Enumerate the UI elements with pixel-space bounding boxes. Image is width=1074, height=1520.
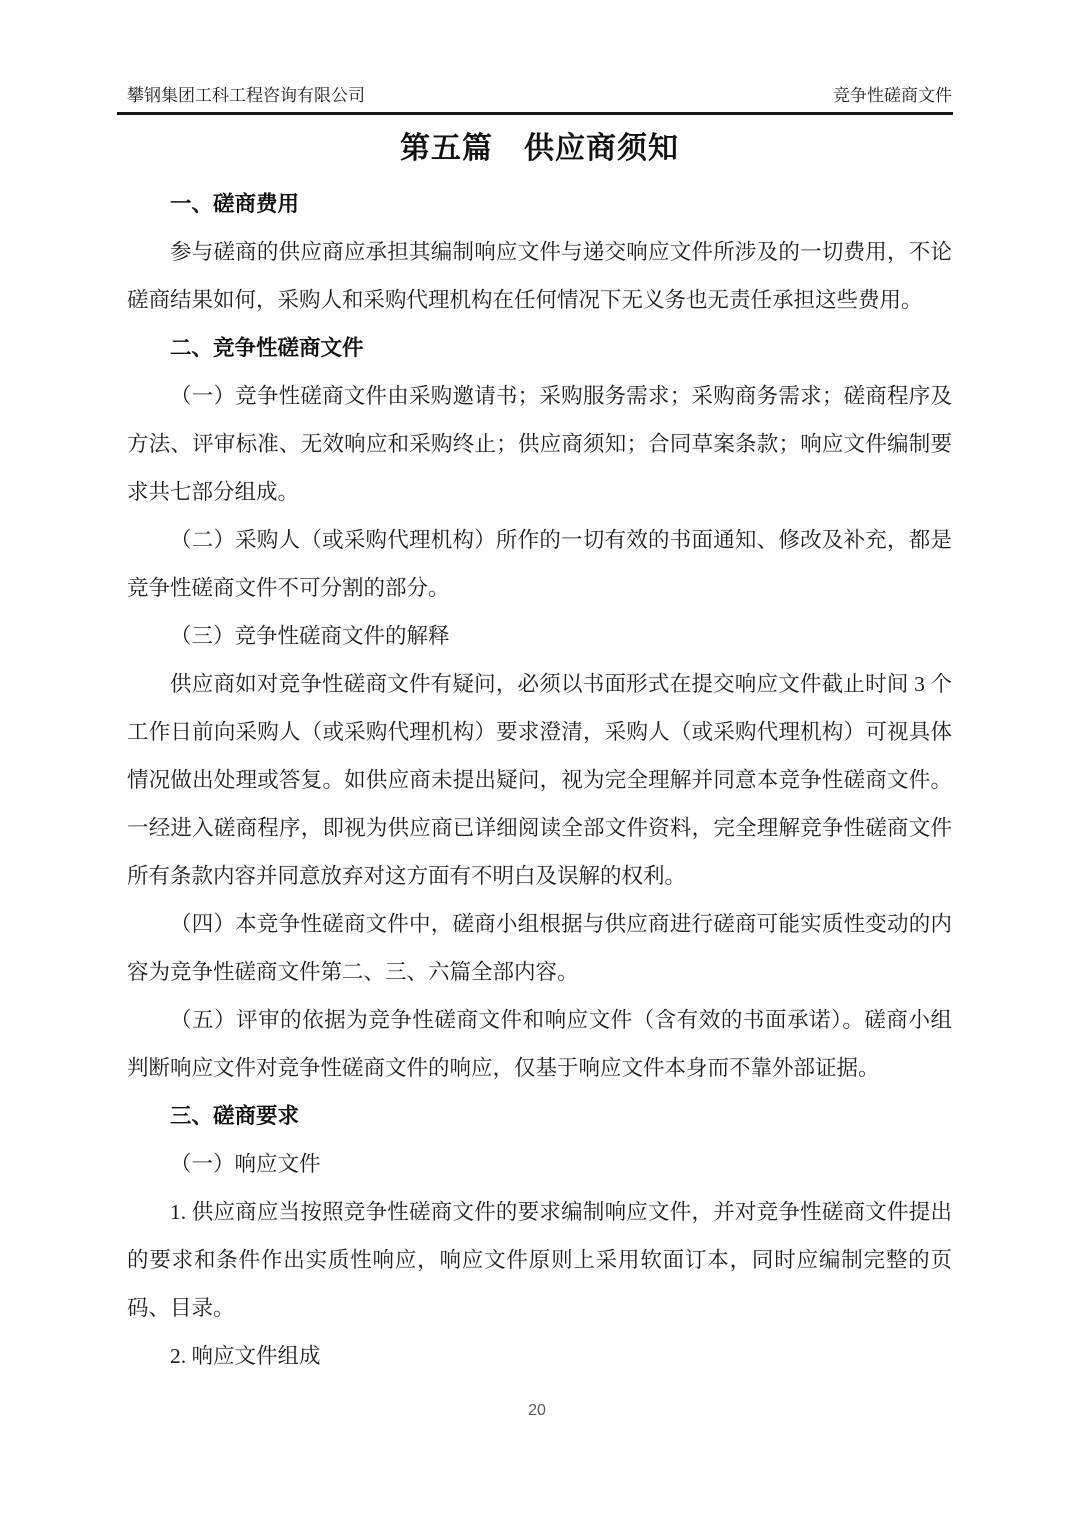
header-divider-rule — [117, 112, 953, 115]
header-doc-type: 竞争性磋商文件 — [833, 84, 952, 108]
paragraph: （一）竞争性磋商文件由采购邀请书；采购服务需求；采购商务需求；磋商程序及方法、评… — [127, 372, 952, 516]
paragraph: （三）竞争性磋商文件的解释 — [127, 612, 952, 660]
paragraph: （五）评审的依据为竞争性磋商文件和响应文件（含有效的书面承诺）。磋商小组判断响应… — [127, 996, 952, 1092]
section-heading-2: 二、竞争性磋商文件 — [127, 324, 952, 372]
page-content: 攀钢集团工科工程咨询有限公司 竞争性磋商文件 第五篇 供应商须知 一、磋商费用 … — [127, 84, 952, 1380]
page-header: 攀钢集团工科工程咨询有限公司 竞争性磋商文件 — [127, 84, 952, 108]
paragraph: 供应商如对竞争性磋商文件有疑问，必须以书面形式在提交响应文件截止时间 3 个工作… — [127, 660, 952, 900]
paragraph: 参与磋商的供应商应承担其编制响应文件与递交响应文件所涉及的一切费用，不论磋商结果… — [127, 228, 952, 324]
paragraph: 1. 供应商应当按照竞争性磋商文件的要求编制响应文件，并对竞争性磋商文件提出的要… — [127, 1188, 952, 1332]
document-body: 一、磋商费用 参与磋商的供应商应承担其编制响应文件与递交响应文件所涉及的一切费用… — [127, 180, 952, 1380]
paragraph: （四）本竞争性磋商文件中，磋商小组根据与供应商进行磋商可能实质性变动的内容为竞争… — [127, 900, 952, 996]
page-number: 20 — [528, 1402, 546, 1419]
header-company-name: 攀钢集团工科工程咨询有限公司 — [127, 84, 365, 108]
section-heading-3: 三、磋商要求 — [127, 1092, 952, 1140]
paragraph: （一）响应文件 — [127, 1140, 952, 1188]
section-heading-1: 一、磋商费用 — [127, 180, 952, 228]
document-page: 攀钢集团工科工程咨询有限公司 竞争性磋商文件 第五篇 供应商须知 一、磋商费用 … — [0, 0, 1074, 1520]
page-footer: 20 — [0, 1400, 1074, 1422]
page-title: 第五篇 供应商须知 — [127, 128, 952, 170]
paragraph: （二）采购人（或采购代理机构）所作的一切有效的书面通知、修改及补充，都是竞争性磋… — [127, 516, 952, 612]
paragraph: 2. 响应文件组成 — [127, 1332, 952, 1380]
